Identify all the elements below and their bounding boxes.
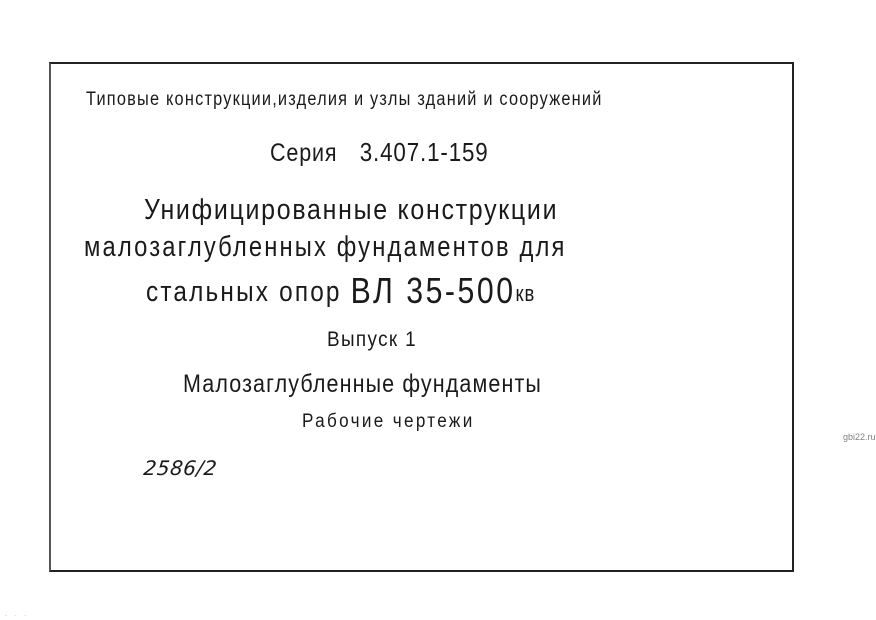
title-voltage-class: ВЛ 35-500 bbox=[351, 270, 516, 311]
title-voltage-unit: кв bbox=[516, 281, 536, 306]
document-type: Рабочие чертежи bbox=[302, 411, 475, 433]
series-line: Серия3.407.1-159 bbox=[270, 137, 489, 168]
series-number: 3.407.1-159 bbox=[360, 137, 489, 167]
title-line-2: малозаглубленных фундаментов для bbox=[84, 231, 567, 264]
title-line-3: стальных опор ВЛ 35-500кв bbox=[146, 268, 535, 310]
title-line-1: Унифицированные конструкции bbox=[144, 194, 558, 227]
watermark: gbi22.ru bbox=[843, 432, 876, 442]
scan-artifact: - - - bbox=[5, 613, 29, 619]
inventory-number: 2586/2 bbox=[142, 456, 218, 480]
subtitle: Малозаглубленные фундаменты bbox=[183, 370, 542, 399]
title-line-3-text: стальных опор bbox=[146, 276, 342, 308]
issue-label: Выпуск 1 bbox=[327, 328, 417, 352]
series-label: Серия bbox=[270, 139, 337, 167]
header-text: Типовые конструкции,изделия и узлы здани… bbox=[86, 89, 603, 111]
